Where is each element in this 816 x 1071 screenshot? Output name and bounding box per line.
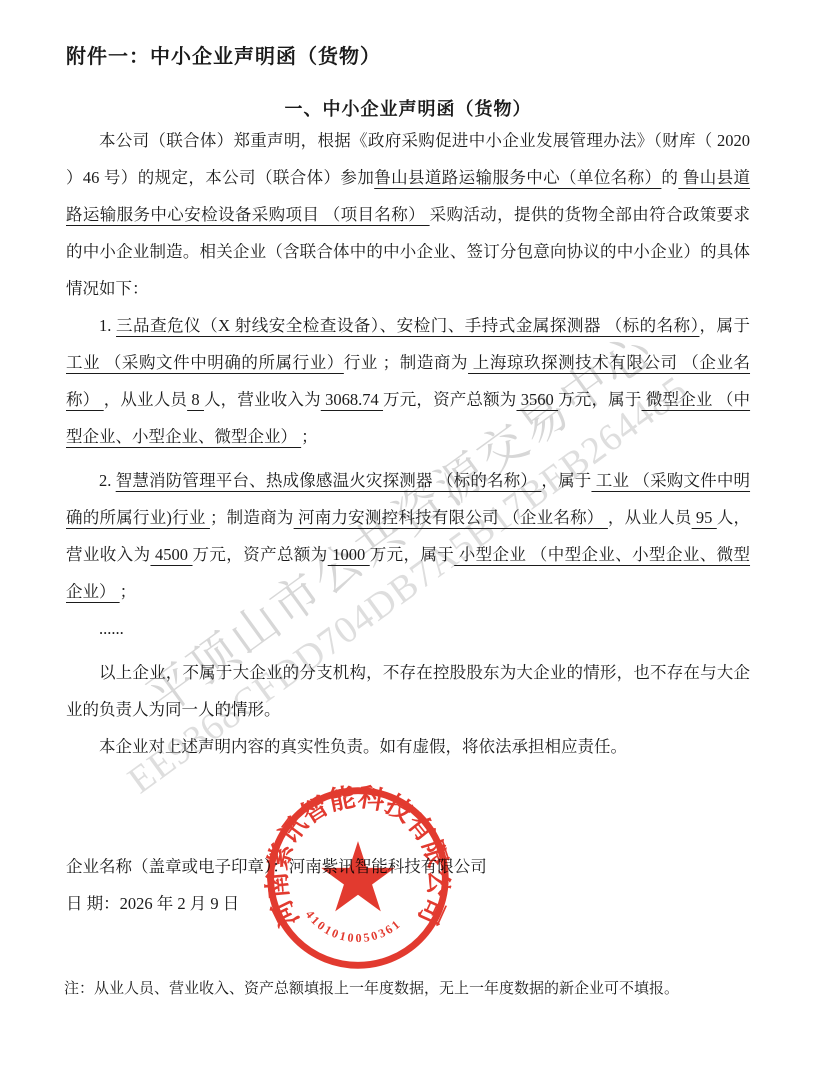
- company-name: 河南紫讯智能科技有限公司: [289, 857, 487, 876]
- signature-block: 企业名称（盖章或电子印章）：河南紫讯智能科技有限公司 日 期：2026 年 2 …: [66, 848, 487, 922]
- attachment-title: 附件一：中小企业声明函（货物）: [66, 40, 381, 69]
- filled-blank-underlined: 8: [187, 390, 204, 409]
- paragraph-text: ，属于: [699, 316, 750, 335]
- paragraph-text: ；: [301, 427, 318, 446]
- paragraph-text: 万元，资产总额为: [193, 545, 328, 564]
- date-value: 2026 年 2 月 9 日: [120, 894, 240, 913]
- paragraph-text: ，属于: [541, 471, 591, 490]
- filled-blank-underlined: 4500: [150, 545, 192, 564]
- company-line: 企业名称（盖章或电子印章）：河南紫讯智能科技有限公司: [66, 848, 487, 885]
- paragraph-text: ，从业人员: [104, 390, 187, 409]
- body-paragraph: 本企业对上述声明内容的真实性负责。如有虚假，将依法承担相应责任。: [66, 728, 750, 765]
- filled-blank-underlined: 3068.74: [321, 390, 383, 409]
- paragraph-text: ；制造商为: [210, 508, 294, 527]
- body-paragraph: 2. 智慧消防管理平台、热成像感温火灾探测器 （标的名称） ，属于 工业 （采购…: [66, 462, 750, 610]
- paragraph-text: 以上企业，不属于大企业的分支机构，不存在控股股东为大企业的情形，也不存在与大企业…: [66, 663, 750, 719]
- document-body: 本公司（联合体）郑重声明，根据《政府采购促进中小企业发展管理办法》（财库（ 20…: [66, 122, 750, 765]
- date-label: 日 期：: [66, 894, 120, 913]
- paragraph-text: 的: [661, 168, 678, 187]
- paragraph-text: 1.: [99, 316, 116, 335]
- declaration-document-page: 平顶山市公共资源交易中心 EE9368CFDD704DB7A5B17BEB264…: [0, 0, 816, 1071]
- paragraph-text: ；: [120, 582, 137, 601]
- filled-blank-underlined: 工业 （采购文件中明确的所属行业）: [66, 353, 344, 372]
- paragraph-text: 本企业对上述声明内容的真实性负责。如有虚假，将依法承担相应责任。: [99, 737, 627, 756]
- body-paragraph: 以上企业，不属于大企业的分支机构，不存在控股股东为大企业的情形，也不存在与大企业…: [66, 654, 750, 728]
- date-line: 日 期：2026 年 2 月 9 日: [66, 885, 487, 922]
- paragraph-text: 人，营业收入为: [204, 390, 321, 409]
- filled-blank-underlined: 河南力安测控科技有限公司 （企业名称）: [294, 508, 608, 527]
- filled-blank-underlined: 智慧消防管理平台、热成像感温火灾探测器 （标的名称）: [116, 471, 542, 490]
- paragraph-text: 万元，属于: [558, 390, 641, 409]
- body-paragraph: ......: [66, 610, 750, 647]
- paragraph-text: ，从业人员: [608, 508, 692, 527]
- page-title: 一、中小企业声明函（货物）: [0, 95, 816, 121]
- filled-blank-underlined: 鲁山县道路运输服务中心（单位名称）: [374, 168, 661, 187]
- filled-blank-underlined: 三品查危仪（X 射线安全检查设备）、安检门、手持式金属探测器 （标的名称）: [116, 316, 699, 335]
- paragraph-text: 2.: [99, 471, 116, 490]
- paragraph-text: 万元，属于: [370, 545, 454, 564]
- paragraph-text: 行业 ；制造商为: [344, 353, 468, 372]
- filled-blank-underlined: 1000: [328, 545, 370, 564]
- footer-note: 注：从业人员、营业收入、资产总额填报上一年度数据，无上一年度数据的新企业可不填报…: [64, 974, 764, 1004]
- paragraph-text: ......: [99, 619, 124, 638]
- filled-blank-underlined: 3560: [516, 390, 558, 409]
- body-paragraph: 本公司（联合体）郑重声明，根据《政府采购促进中小企业发展管理办法》（财库（ 20…: [66, 122, 750, 307]
- company-label: 企业名称（盖章或电子印章）：: [66, 857, 289, 876]
- filled-blank-underlined: 95: [692, 508, 717, 527]
- paragraph-text: 万元，资产总额为: [383, 390, 516, 409]
- body-paragraph: 1. 三品查危仪（X 射线安全检查设备）、安检门、手持式金属探测器 （标的名称）…: [66, 307, 750, 455]
